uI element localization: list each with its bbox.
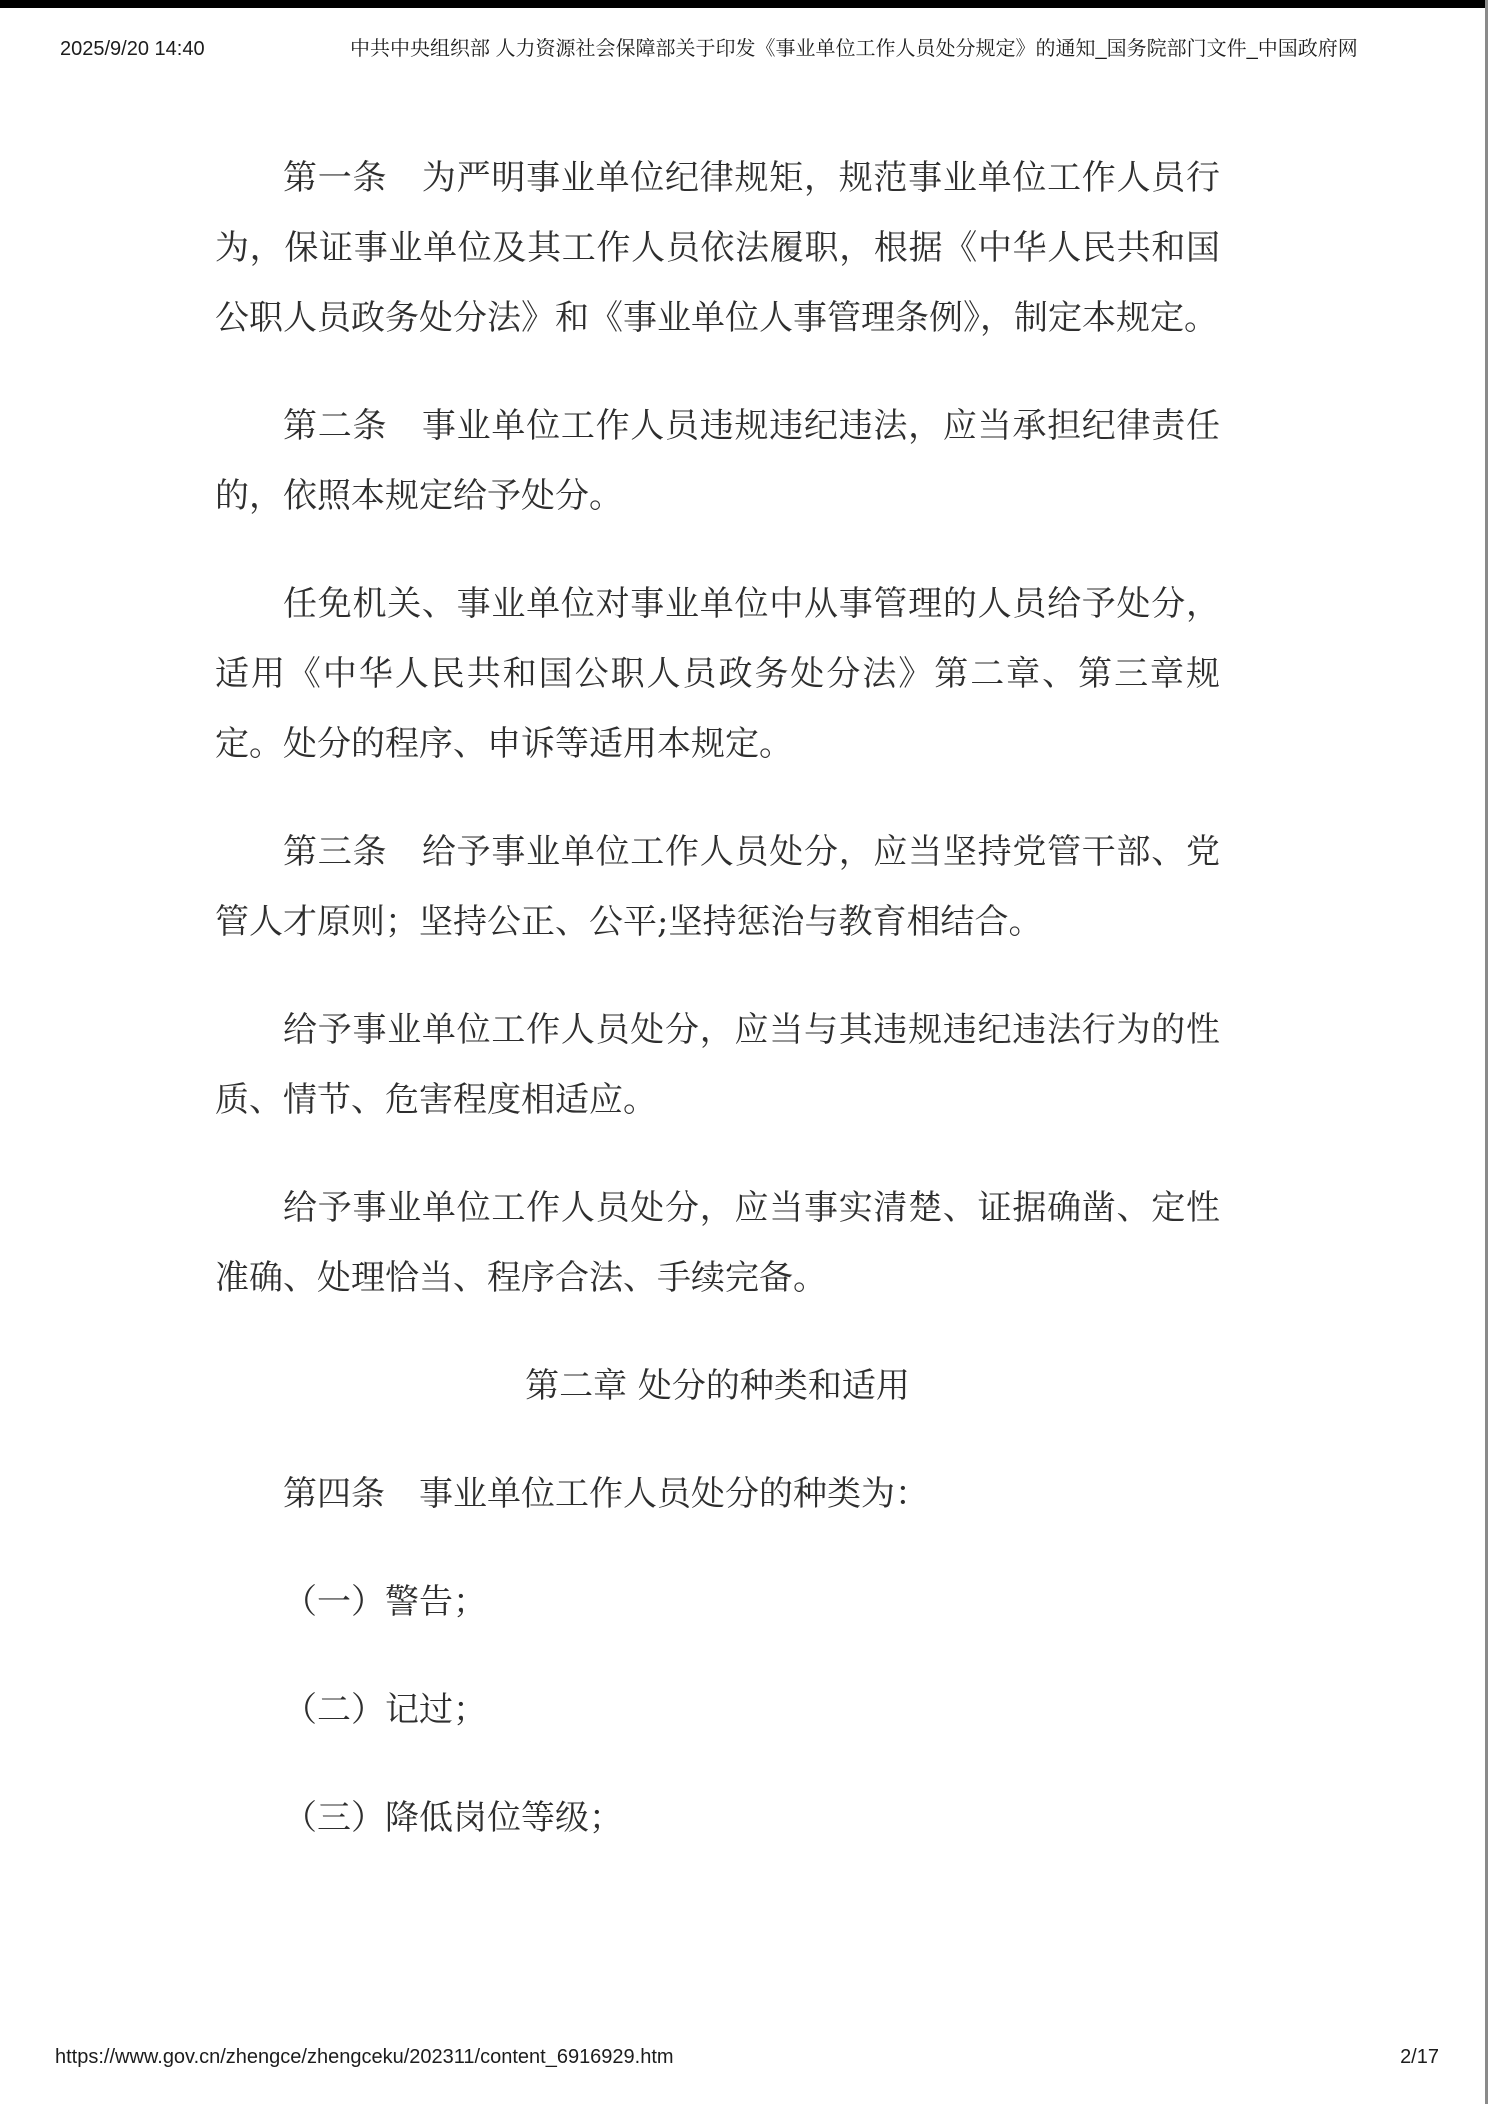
paragraph-article-3: 第三条 给予事业单位工作人员处分，应当坚持党管干部、党管人才原则；坚持公正、公平… (215, 817, 1220, 957)
paragraph-article-2: 第二条 事业单位工作人员违规违纪违法，应当承担纪律责任的，依照本规定给予处分。 (215, 391, 1220, 531)
paragraph-article-4: 第四条 事业单位工作人员处分的种类为： (215, 1459, 1220, 1529)
printed-page: 2025/9/20 14:40 中共中央组织部 人力资源社会保障部关于印发《事业… (0, 0, 1488, 2104)
chapter-2-heading: 第二章 处分的种类和适用 (215, 1351, 1220, 1421)
paragraph-article-2-cont: 任免机关、事业单位对事业单位中从事管理的人员给予处分，适用《中华人民共和国公职人… (215, 569, 1220, 779)
print-header-title: 中共中央组织部 人力资源社会保障部关于印发《事业单位工作人员处分规定》的通知_国… (350, 36, 1358, 62)
top-edge-bar (0, 0, 1488, 8)
paragraph-article-3-cont-2: 给予事业单位工作人员处分，应当事实清楚、证据确凿、定性准确、处理恰当、程序合法、… (215, 1173, 1220, 1313)
list-item-3: （三）降低岗位等级； (215, 1783, 1220, 1853)
print-header-datetime: 2025/9/20 14:40 (60, 36, 205, 62)
document-content: 第一条 为严明事业单位纪律规矩，规范事业单位工作人员行为，保证事业单位及其工作人… (215, 143, 1220, 1891)
paragraph-article-3-cont-1: 给予事业单位工作人员处分，应当与其违规违纪违法行为的性质、情节、危害程度相适应。 (215, 995, 1220, 1135)
print-footer-url: https://www.gov.cn/zhengce/zhengceku/202… (55, 2044, 674, 2070)
paragraph-article-1: 第一条 为严明事业单位纪律规矩，规范事业单位工作人员行为，保证事业单位及其工作人… (215, 143, 1220, 353)
list-item-1: （一）警告； (215, 1567, 1220, 1637)
list-item-2: （二）记过； (215, 1675, 1220, 1745)
print-footer-page-number: 2/17 (1400, 2044, 1439, 2070)
